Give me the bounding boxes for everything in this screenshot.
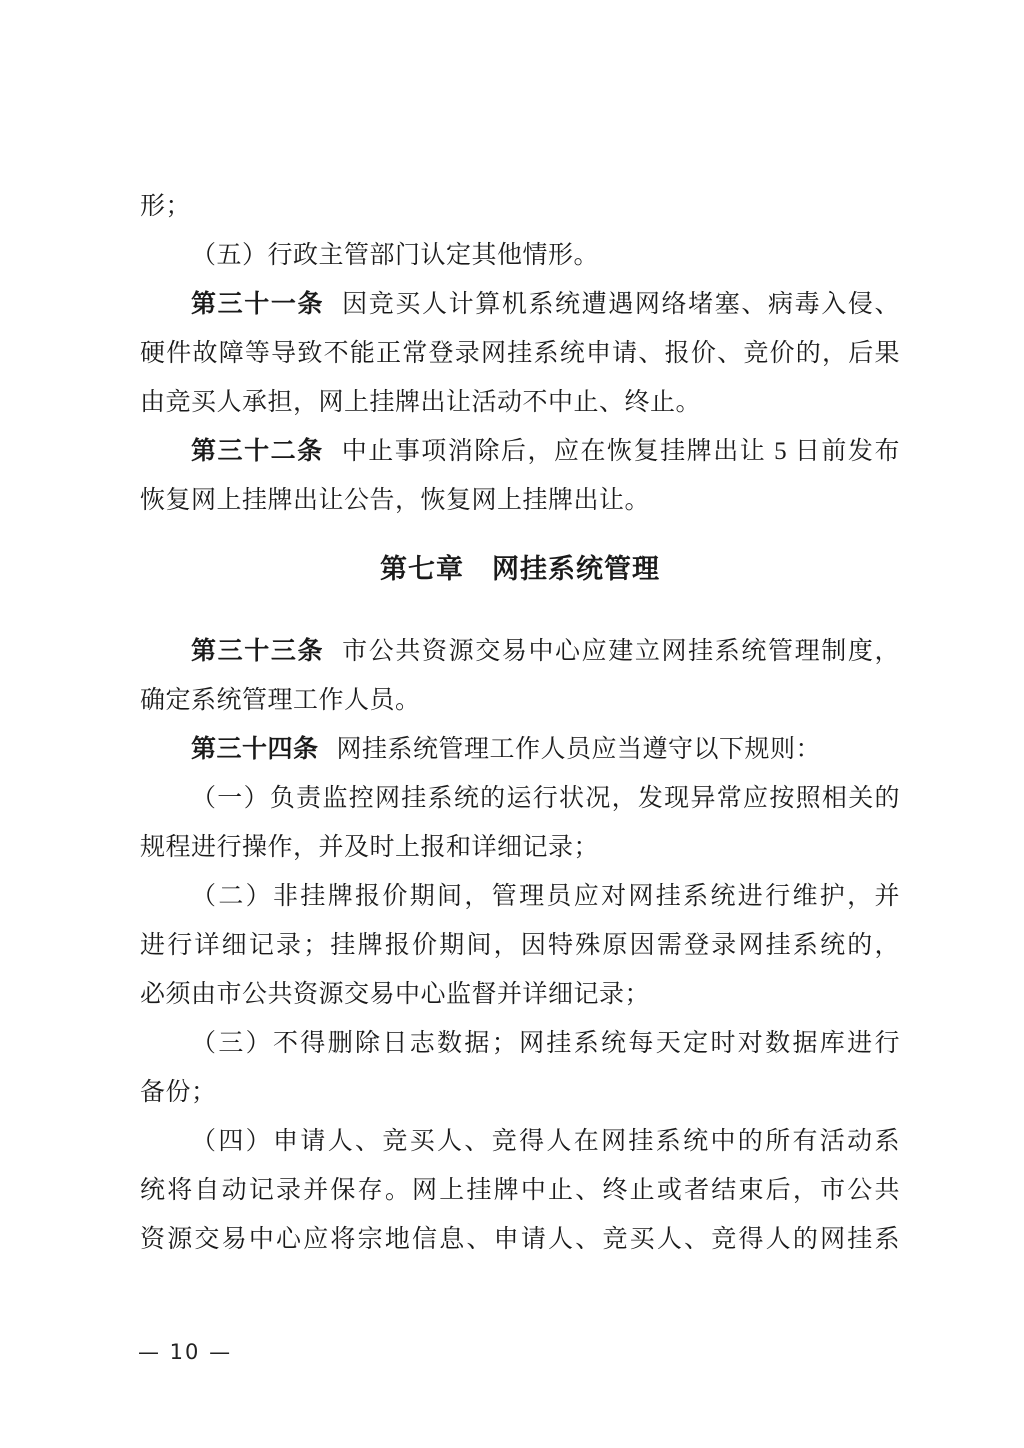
text-line: （五）行政主管部门认定其他情形。	[140, 231, 900, 280]
text-line-content: 市公共资源交易中心应建立网挂系统管理制度，	[342, 638, 900, 665]
text-line: 形；	[140, 182, 900, 231]
text-line-content: 由竞买人承担，网上挂牌出让活动不中止、终止。	[140, 389, 701, 416]
text-line-content: 中止事项消除后，应在恢复挂牌出让 5 日前发布	[342, 438, 900, 465]
text-line: 备份；	[140, 1068, 900, 1117]
text-line: 由竞买人承担，网上挂牌出让活动不中止、终止。	[140, 378, 900, 427]
text-line: （三）不得删除日志数据；网挂系统每天定时对数据库进行	[140, 1019, 900, 1068]
text-line-content: 进行详细记录；挂牌报价期间，因特殊原因需登录网挂系统的，	[140, 932, 900, 959]
text-line-content: （三）不得删除日志数据；网挂系统每天定时对数据库进行	[191, 1030, 900, 1057]
text-line: 第三十三条市公共资源交易中心应建立网挂系统管理制度，	[140, 627, 900, 676]
text-line-content: （二）非挂牌报价期间，管理员应对网挂系统进行维护，并	[191, 883, 900, 910]
text-line: 资源交易中心应将宗地信息、申请人、竞买人、竞得人的网挂系	[140, 1215, 900, 1264]
text-line-content: 资源交易中心应将宗地信息、申请人、竞买人、竞得人的网挂系	[140, 1226, 900, 1253]
text-line: 规程进行操作，并及时上报和详细记录；	[140, 823, 900, 872]
text-line: 第三十四条网挂系统管理工作人员应当遵守以下规则：	[140, 725, 900, 774]
text-line-content: 备份；	[140, 1079, 217, 1106]
text-line-content: 恢复网上挂牌出让公告，恢复网上挂牌出让。	[140, 487, 650, 514]
text-line: 硬件故障等导致不能正常登录网挂系统申请、报价、竞价的，后果	[140, 329, 900, 378]
text-line-content: 统将自动记录并保存。网上挂牌中止、终止或者结束后，市公共	[140, 1177, 900, 1204]
text-line: 统将自动记录并保存。网上挂牌中止、终止或者结束后，市公共	[140, 1166, 900, 1215]
article-number: 第三十三条	[191, 638, 324, 665]
article-number: 第三十二条	[191, 438, 324, 465]
text-line-content: 规程进行操作，并及时上报和详细记录；	[140, 834, 599, 861]
text-line-content: 因竞买人计算机系统遭遇网络堵塞、病毒入侵、	[342, 291, 900, 318]
article-number: 第三十四条	[191, 736, 319, 763]
text-line: 恢复网上挂牌出让公告，恢复网上挂牌出让。	[140, 476, 900, 525]
document-page: 形； （五）行政主管部门认定其他情形。 第三十一条因竞买人计算机系统遭遇网络堵塞…	[0, 0, 1024, 1448]
chapter-heading: 第七章 网挂系统管理	[140, 545, 900, 594]
text-line: （一）负责监控网挂系统的运行状况，发现异常应按照相关的	[140, 774, 900, 823]
text-line-content: （四）申请人、竞买人、竞得人在网挂系统中的所有活动系	[191, 1128, 900, 1155]
text-line: （二）非挂牌报价期间，管理员应对网挂系统进行维护，并	[140, 872, 900, 921]
page-number: — 10 —	[138, 1340, 232, 1364]
text-line-content: （一）负责监控网挂系统的运行状况，发现异常应按照相关的	[191, 785, 900, 812]
text-line-content: 网挂系统管理工作人员应当遵守以下规则：	[337, 736, 822, 763]
text-line-content: （五）行政主管部门认定其他情形。	[191, 242, 599, 269]
text-line-content: 形；	[140, 193, 191, 220]
text-line: 第三十二条中止事项消除后，应在恢复挂牌出让 5 日前发布	[140, 427, 900, 476]
text-line: 确定系统管理工作人员。	[140, 676, 900, 725]
text-line: 必须由市公共资源交易中心监督并详细记录；	[140, 970, 900, 1019]
text-line-content: 硬件故障等导致不能正常登录网挂系统申请、报价、竞价的，后果	[140, 340, 900, 367]
text-line: 第三十一条因竞买人计算机系统遭遇网络堵塞、病毒入侵、	[140, 280, 900, 329]
text-line-content: 必须由市公共资源交易中心监督并详细记录；	[140, 981, 650, 1008]
text-line: （四）申请人、竞买人、竞得人在网挂系统中的所有活动系	[140, 1117, 900, 1166]
text-line: 进行详细记录；挂牌报价期间，因特殊原因需登录网挂系统的，	[140, 921, 900, 970]
text-line-content: 确定系统管理工作人员。	[140, 687, 421, 714]
article-number: 第三十一条	[191, 291, 324, 318]
